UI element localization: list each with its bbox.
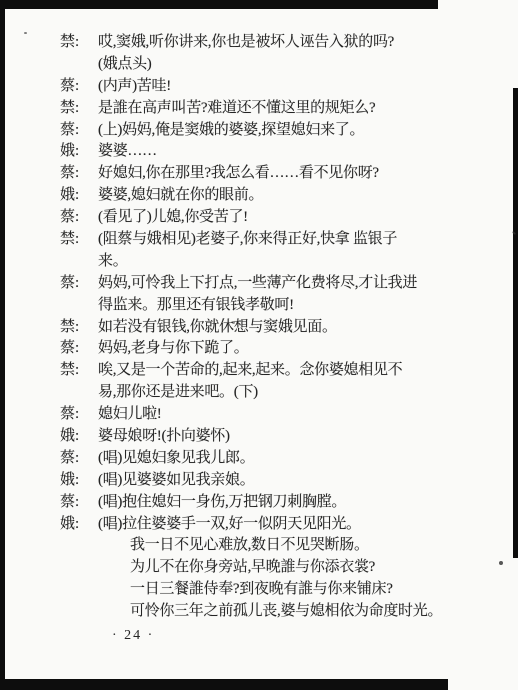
script-line: 蔡:妈妈,可怜我上下打点,一些薄产化费将尽,才让我进 bbox=[60, 273, 490, 295]
line-text: 哎,窦娥,听你讲来,你也是被坏人诬告入狱的吗? bbox=[98, 34, 394, 50]
script-line: 娥:(唱)拉住婆婆手一双,好一似阴天见阳光。 bbox=[60, 514, 490, 536]
line-text: 为儿不在你身旁站,早晚誰与你添衣裳? bbox=[130, 559, 375, 575]
speaker-label: 娥: bbox=[60, 470, 98, 492]
speaker-label: 蔡: bbox=[60, 492, 98, 514]
scanned-page: 禁:哎,窦娥,听你讲来,你也是被坏人诬告入狱的吗?(娥点头)蔡:(内声)苦哇!禁… bbox=[0, 0, 518, 690]
line-text: (看见了)儿媳,你受苦了! bbox=[98, 209, 248, 225]
ink-speck bbox=[232, 321, 235, 324]
script-line: 来。 bbox=[60, 251, 490, 273]
line-text: 是誰在高声叫苦?难道还不懂这里的规矩么? bbox=[98, 100, 375, 116]
script-line: 蔡:(唱)见媳妇象见我儿郎。 bbox=[60, 448, 490, 470]
speaker-label: 蔡: bbox=[60, 273, 98, 295]
scan-border-left bbox=[0, 0, 5, 690]
script-line: 禁:如若没有银钱,你就休想与窦娥见面。 bbox=[60, 317, 490, 339]
script-line: 禁:是誰在高声叫苦?难道还不懂这里的规矩么? bbox=[60, 98, 490, 120]
line-text: 婆婆…… bbox=[98, 143, 157, 159]
line-text: (唱)拉住婆婆手一双,好一似阴天见阳光。 bbox=[98, 516, 361, 532]
speaker-label: 娥: bbox=[60, 514, 98, 536]
script-line: 蔡:(上)妈妈,俺是窦娥的婆婆,探望媳妇来了。 bbox=[60, 120, 490, 142]
line-text: (内声)苦哇! bbox=[98, 78, 171, 94]
speaker-label: 禁: bbox=[60, 317, 98, 339]
line-text: (娥点头) bbox=[98, 56, 152, 72]
script-line: 我一日不见心难放,数日不见哭断肠。 bbox=[60, 535, 490, 557]
speaker-label: 蔡: bbox=[60, 207, 98, 229]
line-text: 来。 bbox=[98, 253, 127, 269]
script-line: 可怜你三年之前孤儿丧,婆与媳相依为命度时光。 bbox=[60, 601, 490, 623]
script-line: 一日三餐誰侍奉?到夜晚有誰与你来铺床? bbox=[60, 579, 490, 601]
script-line: 蔡:(看见了)儿媳,你受苦了! bbox=[60, 207, 490, 229]
speaker-label: 禁: bbox=[60, 32, 98, 54]
line-text: 一日三餐誰侍奉?到夜晚有誰与你来铺床? bbox=[130, 581, 393, 597]
script-text: 禁:哎,窦娥,听你讲来,你也是被坏人诬告入狱的吗?(娥点头)蔡:(内声)苦哇!禁… bbox=[60, 32, 490, 623]
speaker-label: 娥: bbox=[60, 426, 98, 448]
speaker-label: 蔡: bbox=[60, 163, 98, 185]
line-text: 如若没有银钱,你就休想与窦娥见面。 bbox=[98, 319, 337, 335]
speaker-label: 蔡: bbox=[60, 76, 98, 98]
script-line: 娥:(唱)见婆婆如见我亲娘。 bbox=[60, 470, 490, 492]
script-line: 蔡:好媳妇,你在那里?我怎么看……看不见你呀? bbox=[60, 163, 490, 185]
line-text: (唱)见媳妇象见我儿郎。 bbox=[98, 450, 254, 466]
line-text: (上)妈妈,俺是窦娥的婆婆,探望媳妇来了。 bbox=[98, 122, 364, 138]
script-line: 蔡:(内声)苦哇! bbox=[60, 76, 490, 98]
script-line: 娥:婆母娘呀!(扑向婆怀) bbox=[60, 426, 490, 448]
line-text: 可怜你三年之前孤儿丧,婆与媳相依为命度时光。 bbox=[130, 603, 442, 619]
speaker-label: 蔡: bbox=[60, 120, 98, 142]
script-line: 得监来。那里还有银钱孝敬呵! bbox=[60, 295, 490, 317]
line-text: 得监来。那里还有银钱孝敬呵! bbox=[98, 297, 294, 313]
line-text: 我一日不见心难放,数日不见哭断肠。 bbox=[130, 537, 369, 553]
speaker-label: 禁: bbox=[60, 229, 98, 251]
line-text: 婆母娘呀!(扑向婆怀) bbox=[98, 428, 230, 444]
line-text: 妈妈,老身与你下跪了。 bbox=[98, 340, 248, 356]
line-text: 婆婆,媳妇就在你的眼前。 bbox=[98, 187, 263, 203]
line-text: (唱)见婆婆如见我亲娘。 bbox=[98, 472, 254, 488]
script-line: 娥:婆婆,媳妇就在你的眼前。 bbox=[60, 185, 490, 207]
speaker-label: 蔡: bbox=[60, 338, 98, 360]
speaker-label: 禁: bbox=[60, 98, 98, 120]
script-line: (娥点头) bbox=[60, 54, 490, 76]
script-line: 蔡:妈妈,老身与你下跪了。 bbox=[60, 338, 490, 360]
speaker-label: 娥: bbox=[60, 185, 98, 207]
line-text: (阻蔡与娥相见)老婆子,你来得正好,快拿 监银子 bbox=[98, 231, 397, 247]
line-text: 唉,又是一个苦命的,起来,起来。念你婆媳相见不 bbox=[98, 362, 402, 378]
script-line: 易,那你还是进来吧。(下) bbox=[60, 382, 490, 404]
line-text: 妈妈,可怜我上下打点,一些薄产化费将尽,才让我进 bbox=[98, 275, 417, 291]
line-text: 媳妇儿啦! bbox=[98, 406, 162, 422]
script-line: 为儿不在你身旁站,早晚誰与你添衣裳? bbox=[60, 557, 490, 579]
script-line: 娥:婆婆…… bbox=[60, 141, 490, 163]
scan-border-top bbox=[0, 0, 438, 9]
script-line: 蔡:媳妇儿啦! bbox=[60, 404, 490, 426]
line-text: (唱)抱住媳妇一身伤,万把钢刀刺胸膛。 bbox=[98, 494, 346, 510]
script-line: 蔡:(唱)抱住媳妇一身伤,万把钢刀刺胸膛。 bbox=[60, 492, 490, 514]
page-number: · 24 · bbox=[112, 628, 154, 644]
script-line: 禁:(阻蔡与娥相见)老婆子,你来得正好,快拿 监银子 bbox=[60, 229, 490, 251]
speaker-label: 蔡: bbox=[60, 448, 98, 470]
ink-speck bbox=[499, 561, 503, 565]
speaker-label: 娥: bbox=[60, 141, 98, 163]
scan-border-bottom bbox=[0, 679, 448, 690]
speaker-label: 禁: bbox=[60, 360, 98, 382]
script-line: 禁:唉,又是一个苦命的,起来,起来。念你婆媳相见不 bbox=[60, 360, 490, 382]
scan-border-right bbox=[513, 88, 518, 558]
line-text: 易,那你还是进来吧。(下) bbox=[98, 384, 258, 400]
script-line: 禁:哎,窦娥,听你讲来,你也是被坏人诬告入狱的吗? bbox=[60, 32, 490, 54]
ink-speck bbox=[24, 32, 27, 34]
speaker-label: 蔡: bbox=[60, 404, 98, 426]
line-text: 好媳妇,你在那里?我怎么看……看不见你呀? bbox=[98, 165, 379, 181]
